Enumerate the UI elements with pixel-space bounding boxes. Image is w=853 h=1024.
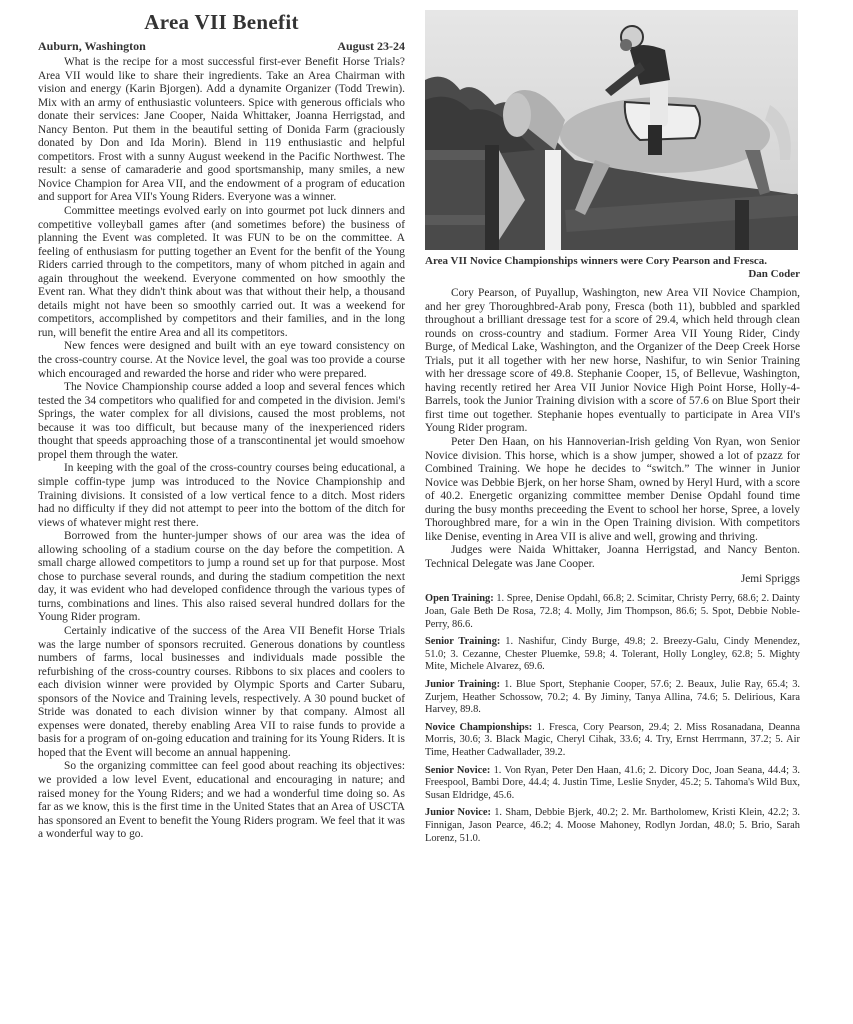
article-title: Area VII Benefit — [38, 10, 405, 35]
results-category: Novice Championships: — [425, 722, 532, 733]
dateline: Auburn, Washington August 23-24 — [38, 39, 405, 54]
author-byline: Jemi Spriggs — [425, 573, 800, 585]
body-paragraph: Certainly indicative of the success of t… — [38, 625, 405, 760]
results-list: Open Training: 1. Spree, Denise Opdahl, … — [425, 593, 800, 845]
results-category: Senior Novice: — [425, 765, 490, 776]
body-paragraph: The Novice Championship course added a l… — [38, 381, 405, 462]
body-paragraph: So the organizing committee can feel goo… — [38, 760, 405, 841]
event-dates: August 23-24 — [337, 39, 405, 54]
right-column: Area VII Novice Championships winners we… — [425, 8, 800, 850]
photo-credit: Dan Coder — [748, 268, 800, 281]
results-item: Novice Championships: 1. Fresca, Cory Pe… — [425, 722, 800, 760]
results-item: Open Training: 1. Spree, Denise Opdahl, … — [425, 593, 800, 631]
results-item: Junior Training: 1. Blue Sport, Stephani… — [425, 679, 800, 717]
results-category: Senior Training: — [425, 636, 500, 647]
horse-rider-photo-icon — [425, 10, 798, 250]
body-paragraph: Committee meetings evolved early on into… — [38, 205, 405, 340]
results-category: Junior Training: — [425, 679, 500, 690]
body-paragraph: Cory Pearson, of Puyallup, Washington, n… — [425, 287, 800, 436]
body-paragraph: Judges were Naida Whittaker, Joanna Herr… — [425, 544, 800, 571]
results-item: Junior Novice: 1. Sham, Debbie Bjerk, 40… — [425, 807, 800, 845]
results-category: Junior Novice: — [425, 807, 491, 818]
body-paragraph: Borrowed from the hunter-jumper shows of… — [38, 530, 405, 625]
body-paragraph: In keeping with the goal of the cross-co… — [38, 462, 405, 530]
photo-caption: Area VII Novice Championships winners we… — [425, 255, 800, 281]
horse-jump-photo — [425, 10, 798, 250]
body-paragraph: What is the recipe for a most successful… — [38, 56, 405, 205]
results-category: Open Training: — [425, 593, 494, 604]
caption-text: Area VII Novice Championships winners we… — [425, 255, 800, 268]
results-item: Senior Training: 1. Nashifur, Cindy Burg… — [425, 636, 800, 674]
body-paragraph: Peter Den Haan, on his Hannoverian-Irish… — [425, 436, 800, 544]
left-column: Area VII Benefit Auburn, Washington Augu… — [38, 8, 405, 842]
body-paragraph: New fences were designed and built with … — [38, 340, 405, 381]
results-item: Senior Novice: 1. Von Ryan, Peter Den Ha… — [425, 765, 800, 803]
event-location: Auburn, Washington — [38, 39, 146, 54]
